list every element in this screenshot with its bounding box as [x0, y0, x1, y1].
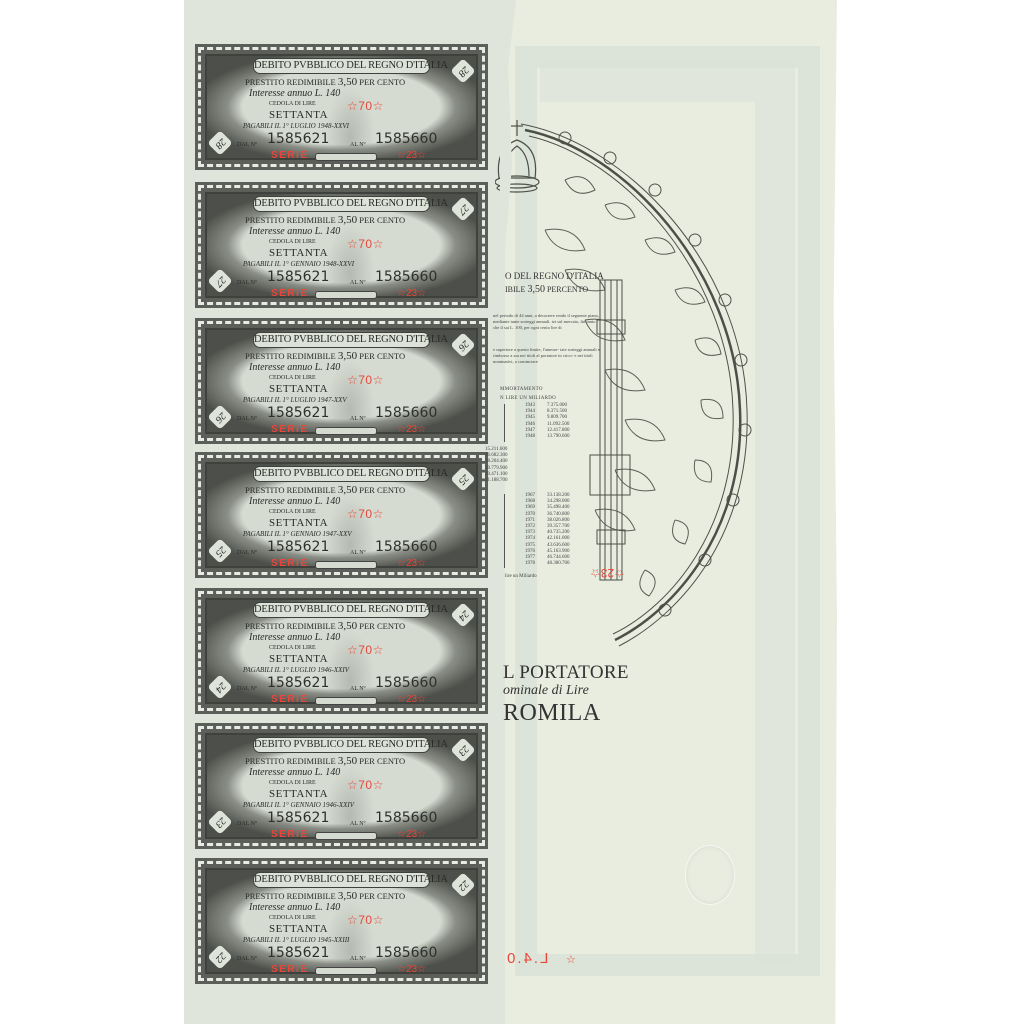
coupon-amount: ☆70☆ — [347, 643, 384, 657]
coupon-amount: ☆70☆ — [347, 913, 384, 927]
coupon-to-label: AL Nº — [350, 550, 365, 556]
coupon-issuer: DEBITO PVBBLICO DEL REGNO D'ITALIA — [253, 602, 430, 618]
coupon-from-number: 1585621 — [267, 539, 329, 555]
coupon-serie-number: ☆23☆ — [397, 964, 426, 975]
coupon-from-label: DAL Nº — [237, 142, 257, 148]
coupon-to-number: 1585660 — [375, 945, 437, 961]
coupon-body: DEBITO PVBBLICO DEL REGNO D'ITALIA 24 24… — [205, 598, 478, 704]
coupon-issuer: DEBITO PVBBLICO DEL REGNO D'ITALIA — [253, 58, 430, 74]
amortization-row: 194813.790.600 — [513, 434, 585, 440]
coupon-to-number: 1585660 — [375, 269, 437, 285]
amortization-year: 1978 — [513, 561, 535, 567]
coupon-cedola-label: CEDOLA DI LIRE — [269, 780, 316, 786]
serie-red-stamp: ☆23☆ — [590, 566, 625, 580]
coupon-to-label: AL Nº — [350, 416, 365, 422]
coupon-payable-date: PAGABILI IL 1° LUGLIO 1947-XXV — [243, 396, 347, 404]
coupon-serie-label: SERIE — [271, 288, 309, 299]
coupon-serie-band — [315, 832, 377, 840]
coupon-body: DEBITO PVBBLICO DEL REGNO D'ITALIA 26 26… — [205, 328, 478, 434]
amortization-footer: lire un Miliardo — [505, 574, 537, 579]
coupon-number-top: 25 — [450, 466, 475, 491]
amortization-table-1: 19437.375.00019448.371.50019459.809.7001… — [513, 403, 585, 440]
coupon-amount-words: SETTANTA — [269, 923, 328, 935]
coupon-interest: Interesse annuo L. 140 — [249, 88, 340, 99]
coupon: DEBITO PVBBLICO DEL REGNO D'ITALIA 23 23… — [195, 723, 488, 849]
amortization-title: MMORTAMENTO — [500, 387, 543, 392]
certificate-paragraph-1: nel periodo di 44 anni, a decorrere rend… — [493, 313, 601, 332]
coupon: DEBITO PVBBLICO DEL REGNO D'ITALIA 24 24… — [195, 588, 488, 714]
loan-heading-rate: 3,50 — [527, 284, 545, 295]
coupon-to-number: 1585660 — [375, 405, 437, 421]
embossed-seal-icon — [685, 845, 735, 905]
certificate-title-nominal: ominale di Lire — [503, 683, 589, 699]
coupon-serie-band — [315, 291, 377, 299]
coupon-from-label: DAL Nº — [237, 956, 257, 962]
coupon-serie-label: SERIE — [271, 558, 309, 569]
coupon-from-number: 1585621 — [267, 945, 329, 961]
coupon-serie-label: SERIE — [271, 829, 309, 840]
coupon-body: DEBITO PVBBLICO DEL REGNO D'ITALIA 22 22… — [205, 868, 478, 974]
coupon-serie-number: ☆23☆ — [397, 694, 426, 705]
coupon-issuer: DEBITO PVBBLICO DEL REGNO D'ITALIA — [253, 332, 430, 348]
coupon-to-label: AL Nº — [350, 280, 365, 286]
coupon-from-number: 1585621 — [267, 131, 329, 147]
coupon-payable-date: PAGABILI IL 1° GENNAIO 1948-XXVI — [243, 260, 354, 268]
coupon-amount: ☆70☆ — [347, 507, 384, 521]
coupon-to-number: 1585660 — [375, 539, 437, 555]
coupon-loan-line: PRESTITO REDIMIBILE 3,50 PER CENTO — [245, 755, 405, 767]
coupon-interest: Interesse annuo L. 140 — [249, 767, 340, 778]
coupon-interest: Interesse annuo L. 140 — [249, 496, 340, 507]
coupon-number-bottom: 26 — [207, 404, 232, 429]
coupon: DEBITO PVBBLICO DEL REGNO D'ITALIA 22 22… — [195, 858, 488, 984]
coupon-to-label: AL Nº — [350, 956, 365, 962]
coupon-issuer: DEBITO PVBBLICO DEL REGNO D'ITALIA — [253, 872, 430, 888]
coupon-to-label: AL Nº — [350, 686, 365, 692]
coupon-amount-words: SETTANTA — [269, 109, 328, 121]
coupon-serie-number: ☆23☆ — [397, 424, 426, 435]
coupon-amount: ☆70☆ — [347, 99, 384, 113]
coupon-interest: Interesse annuo L. 140 — [249, 902, 340, 913]
coupon-payable-date: PAGABILI IL 1° LUGLIO 1948-XXVI — [243, 122, 349, 130]
coupon-amount: ☆70☆ — [347, 778, 384, 792]
coupon-cedola-label: CEDOLA DI LIRE — [269, 645, 316, 651]
coupon-serie-number: ☆23☆ — [397, 288, 426, 299]
coupon-serie-number: ☆23☆ — [397, 829, 426, 840]
amortization-rule — [504, 494, 505, 568]
coupon-serie-band — [315, 967, 377, 975]
coupon-cedola-label: CEDOLA DI LIRE — [269, 375, 316, 381]
coupon-number-bottom: 27 — [207, 268, 232, 293]
coupon-serie-band — [315, 561, 377, 569]
coupon-payable-date: PAGABILI IL 1° GENNAIO 1946-XXIV — [243, 801, 354, 809]
amortization-rule — [504, 404, 505, 442]
coupon: DEBITO PVBBLICO DEL REGNO D'ITALIA 28 28… — [195, 44, 488, 170]
coupon-from-label: DAL Nº — [237, 416, 257, 422]
coupon-interest: Interesse annuo L. 140 — [249, 632, 340, 643]
serial-star-icon: ☆ — [566, 953, 576, 966]
coupon-cedola-label: CEDOLA DI LIRE — [269, 101, 316, 107]
coupon-interest: Interesse annuo L. 140 — [249, 226, 340, 237]
coupon-number-top: 24 — [450, 602, 475, 627]
coupon-from-label: DAL Nº — [237, 280, 257, 286]
amortization-amount: 21.188.700 — [485, 478, 523, 484]
coupon-amount-words: SETTANTA — [269, 517, 328, 529]
amortization-row: 197848.380.700 — [513, 561, 585, 567]
coupon-loan-line: PRESTITO REDIMIBILE 3,50 PER CENTO — [245, 620, 405, 632]
coupon-number-bottom: 22 — [207, 944, 232, 969]
coupon-from-label: DAL Nº — [237, 821, 257, 827]
certificate-paragraph-2: e superiore a questo limite, l'ammor- ia… — [493, 347, 601, 366]
coupon-loan-line: PRESTITO REDIMIBILE 3,50 PER CENTO — [245, 350, 405, 362]
coupon-to-number: 1585660 — [375, 675, 437, 691]
coupon-issuer: DEBITO PVBBLICO DEL REGNO D'ITALIA — [253, 737, 430, 753]
coupon-number-bottom: 25 — [207, 538, 232, 563]
coupon-body: DEBITO PVBBLICO DEL REGNO D'ITALIA 27 27… — [205, 192, 478, 298]
loan-heading-prefix: IBILE — [505, 285, 525, 294]
coupon-serie-label: SERIE — [271, 964, 309, 975]
coupon-loan-line: PRESTITO REDIMIBILE 3,50 PER CENTO — [245, 76, 405, 88]
coupon: DEBITO PVBBLICO DEL REGNO D'ITALIA 25 25… — [195, 452, 488, 578]
certificate-issuer-heading: O DEL REGNO D'ITALIA — [505, 271, 604, 281]
coupon-amount-words: SETTANTA — [269, 383, 328, 395]
coupon-serie-label: SERIE — [271, 424, 309, 435]
coupon-amount-words: SETTANTA — [269, 788, 328, 800]
coupon-amount: ☆70☆ — [347, 237, 384, 251]
coupon-amount: ☆70☆ — [347, 373, 384, 387]
coupon-serie-number: ☆23☆ — [397, 558, 426, 569]
coupon-serie-number: ☆23☆ — [397, 150, 426, 161]
coupon-cedola-label: CEDOLA DI LIRE — [269, 509, 316, 515]
coupon-from-label: DAL Nº — [237, 550, 257, 556]
coupon: DEBITO PVBBLICO DEL REGNO D'ITALIA 27 27… — [195, 182, 488, 308]
coupon-body: DEBITO PVBBLICO DEL REGNO D'ITALIA 23 23… — [205, 733, 478, 839]
coupon-number-bottom: 24 — [207, 674, 232, 699]
coupon-to-label: AL Nº — [350, 142, 365, 148]
coupon-to-label: AL Nº — [350, 821, 365, 827]
coupon-number-top: 27 — [450, 196, 475, 221]
certificate-title-bearer: L PORTATORE — [503, 662, 629, 684]
coupon-payable-date: PAGABILI IL 1° LUGLIO 1945-XXIII — [243, 936, 349, 944]
coupon-to-number: 1585660 — [375, 810, 437, 826]
coupon-serie-label: SERIE — [271, 694, 309, 705]
coupon-from-number: 1585621 — [267, 405, 329, 421]
coupon-payable-date: PAGABILI IL 1° LUGLIO 1946-XXIV — [243, 666, 349, 674]
coupon-from-number: 1585621 — [267, 269, 329, 285]
coupon-cedola-label: CEDOLA DI LIRE — [269, 239, 316, 245]
amortization-amount: 13.790.600 — [547, 434, 585, 440]
loan-heading-suffix: PERCENTO — [547, 285, 588, 294]
coupon-amount-words: SETTANTA — [269, 653, 328, 665]
coupon-issuer: DEBITO PVBBLICO DEL REGNO D'ITALIA — [253, 466, 430, 482]
coupon-from-number: 1585621 — [267, 675, 329, 691]
amortization-subtitle: N LIRE UN MILIARDO — [500, 396, 556, 401]
coupon-number-bottom: 28 — [207, 130, 232, 155]
coupon-to-number: 1585660 — [375, 131, 437, 147]
coupon-number-bottom: 23 — [207, 809, 232, 834]
coupon-payable-date: PAGABILI IL 1° GENNAIO 1947-XXV — [243, 530, 352, 538]
coupon-from-number: 1585621 — [267, 810, 329, 826]
coupon-loan-line: PRESTITO REDIMIBILE 3,50 PER CENTO — [245, 214, 405, 226]
coupon: DEBITO PVBBLICO DEL REGNO D'ITALIA 26 26… — [195, 318, 488, 444]
amortization-row: 21.188.700 — [485, 478, 523, 484]
amortization-amount: 48.380.700 — [547, 561, 585, 567]
amortization-table-2: 15.211.60016.682.30018.204.40019.779.900… — [485, 447, 523, 484]
coupon-body: DEBITO PVBBLICO DEL REGNO D'ITALIA 28 28… — [205, 54, 478, 160]
coupon-serie-band — [315, 427, 377, 435]
coupon-loan-line: PRESTITO REDIMIBILE 3,50 PER CENTO — [245, 890, 405, 902]
coupon-loan-line: PRESTITO REDIMIBILE 3,50 PER CENTO — [245, 484, 405, 496]
amortization-table-3: 196733.138.200196834.298.000196935.498.4… — [513, 493, 585, 567]
certificate-serial-number: L.4.0 — [505, 950, 548, 967]
coupon-cedola-label: CEDOLA DI LIRE — [269, 915, 316, 921]
coupon-amount-words: SETTANTA — [269, 247, 328, 259]
coupon-number-top: 22 — [450, 872, 475, 897]
coupon-interest: Interesse annuo L. 140 — [249, 362, 340, 373]
coupon-issuer: DEBITO PVBBLICO DEL REGNO D'ITALIA — [253, 196, 430, 212]
coupon-body: DEBITO PVBBLICO DEL REGNO D'ITALIA 25 25… — [205, 462, 478, 568]
coupon-serie-band — [315, 697, 377, 705]
certificate-loan-heading: IBILE 3,50 PERCENTO — [505, 284, 588, 295]
certificate-title-amount: ROMILA — [503, 700, 601, 727]
amortization-year: 1948 — [513, 434, 535, 440]
coupon-from-label: DAL Nº — [237, 686, 257, 692]
coupon-serie-band — [315, 153, 377, 161]
coupon-number-top: 23 — [450, 737, 475, 762]
coupon-serie-label: SERIE — [271, 150, 309, 161]
coupon-number-top: 26 — [450, 332, 475, 357]
coupon-number-top: 28 — [450, 58, 475, 83]
